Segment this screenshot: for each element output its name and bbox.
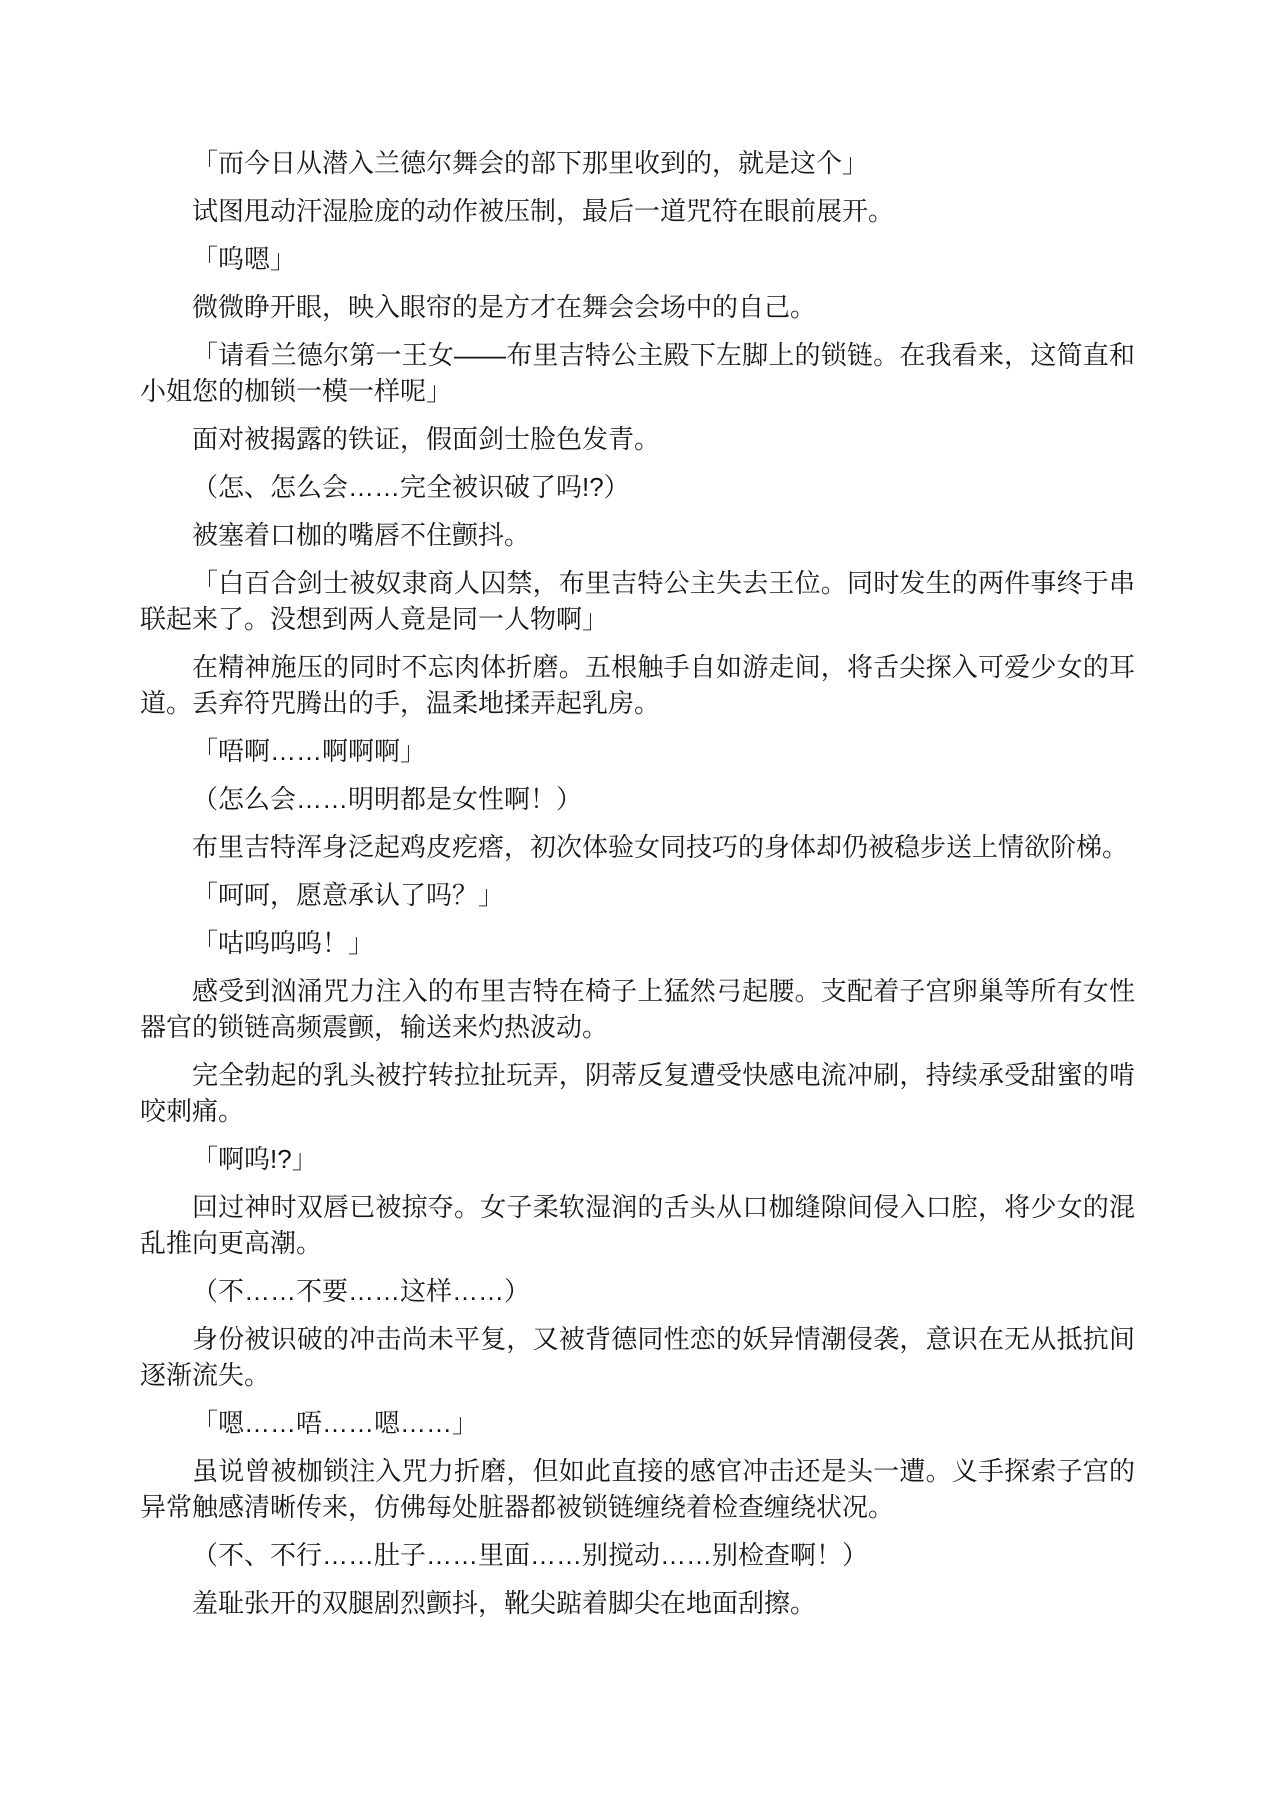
paragraph: 「而今日从潜入兰德尔舞会的部下那里收到的，就是这个」 (140, 145, 1135, 181)
paragraph: 身份被识破的冲击尚未平复，又被背德同性恋的妖异情潮侵袭，意识在无从抵抗间逐渐流失… (140, 1321, 1135, 1393)
paragraph: （怎、怎么会……完全被识破了吗!?） (140, 469, 1135, 505)
paragraph: （怎么会……明明都是女性啊！） (140, 781, 1135, 817)
paragraph: 布里吉特浑身泛起鸡皮疙瘩，初次体验女同技巧的身体却仍被稳步送上情欲阶梯。 (140, 829, 1135, 865)
paragraph: 「咕呜呜呜！」 (140, 925, 1135, 961)
paragraph: 面对被揭露的铁证，假面剑士脸色发青。 (140, 421, 1135, 457)
paragraph: 完全勃起的乳头被拧转拉扯玩弄，阴蒂反复遭受快感电流冲刷，持续承受甜蜜的啃咬刺痛。 (140, 1057, 1135, 1129)
paragraph: 在精神施压的同时不忘肉体折磨。五根触手自如游走间，将舌尖探入可爱少女的耳道。丢弃… (140, 649, 1135, 721)
paragraph: 「啊呜!?」 (140, 1141, 1135, 1177)
document-page: 「而今日从潜入兰德尔舞会的部下那里收到的，就是这个」试图甩动汗湿脸庞的动作被压制… (0, 0, 1280, 1808)
paragraph: 「嗯……唔……嗯……」 (140, 1405, 1135, 1441)
paragraph: 「请看兰德尔第一王女——布里吉特公主殿下左脚上的锁链。在我看来，这简直和小姐您的… (140, 337, 1135, 409)
paragraph: 感受到汹涌咒力注入的布里吉特在椅子上猛然弓起腰。支配着子宫卵巢等所有女性器官的锁… (140, 973, 1135, 1045)
paragraph: 虽说曾被枷锁注入咒力折磨，但如此直接的感官冲击还是头一遭。义手探索子宫的异常触感… (140, 1453, 1135, 1525)
paragraph: 被塞着口枷的嘴唇不住颤抖。 (140, 517, 1135, 553)
paragraph: （不、不行……肚子……里面……别搅动……别检查啊！） (140, 1537, 1135, 1573)
paragraph: （不……不要……这样……） (140, 1273, 1135, 1309)
paragraph: 「呵呵，愿意承认了吗？」 (140, 877, 1135, 913)
paragraph: 试图甩动汗湿脸庞的动作被压制，最后一道咒符在眼前展开。 (140, 193, 1135, 229)
paragraph: 「唔啊……啊啊啊」 (140, 733, 1135, 769)
paragraph: 「呜嗯」 (140, 241, 1135, 277)
paragraph: 微微睁开眼，映入眼帘的是方才在舞会会场中的自己。 (140, 289, 1135, 325)
paragraph: 「白百合剑士被奴隶商人囚禁，布里吉特公主失去王位。同时发生的两件事终于串联起来了… (140, 565, 1135, 637)
paragraph: 羞耻张开的双腿剧烈颤抖，靴尖踮着脚尖在地面刮擦。 (140, 1585, 1135, 1621)
text-column: 「而今日从潜入兰德尔舞会的部下那里收到的，就是这个」试图甩动汗湿脸庞的动作被压制… (140, 145, 1135, 1621)
paragraph: 回过神时双唇已被掠夺。女子柔软湿润的舌头从口枷缝隙间侵入口腔，将少女的混乱推向更… (140, 1189, 1135, 1261)
